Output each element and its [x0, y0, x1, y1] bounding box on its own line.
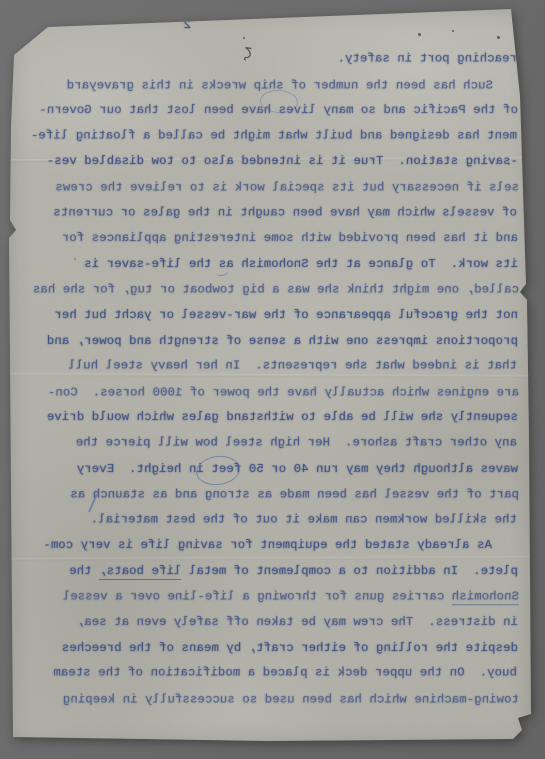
- typewritten-line: proportions impress one with a sense of …: [26, 329, 518, 355]
- ink-speck: [418, 33, 421, 36]
- typewritten-line: in distress. The crew may be taken off s…: [26, 610, 518, 636]
- ink-speck: [452, 30, 454, 32]
- typewritten-line: despite the rolling of either craft, by …: [26, 636, 518, 662]
- ink-speck: [508, 163, 510, 165]
- typewritten-line: part of the vessel has been made as stro…: [27, 482, 519, 508]
- typewritten-line: sels if necessary but its special work i…: [27, 175, 519, 201]
- typewritten-line: As already stated the equipment for savi…: [26, 533, 518, 559]
- typewritten-line: reaching port in safety.: [25, 47, 517, 73]
- typewritten-line: buoy. On the upper deck is placed a modi…: [25, 661, 517, 687]
- typewritten-line: -saving station. True it is intended als…: [26, 149, 518, 175]
- typewritten-line: its work. To glance at the Snohomish as …: [26, 252, 518, 278]
- typewritten-line: Snohomish carries guns for throwing a li…: [27, 585, 519, 611]
- scan-background: { "theme": { "background_color": "#6b6b6…: [0, 0, 545, 759]
- typewritten-line: that is indeed what she represents. In h…: [25, 354, 517, 380]
- line-text: the: [69, 564, 99, 578]
- typewritten-line: not the graceful appearance of the war-v…: [26, 303, 518, 329]
- underlined-phrase: life boats,: [99, 564, 181, 580]
- ink-speck: [243, 37, 245, 39]
- line-text: carries guns for throwing a life-line ov…: [63, 590, 452, 604]
- scanned-page-wrapper: 2 reaching port in safety. Such has been…: [0, 0, 545, 759]
- typewritten-line: waves although they may run 40 or 50 fee…: [26, 457, 518, 483]
- typewritten-line: plete. In addition to a complement of me…: [26, 559, 518, 585]
- typewritten-line: sequently she will be able to withstand …: [26, 405, 518, 431]
- typewritten-line: the skilled workmen can make it out of t…: [25, 507, 517, 533]
- ink-speck: [74, 258, 76, 260]
- typewritten-text-block: reaching port in safety. Such has been t…: [26, 47, 518, 712]
- typewritten-line: towing-machine which has been used so su…: [27, 687, 519, 713]
- typewritten-line: are engines which actually have the powe…: [27, 380, 519, 406]
- underlined-phrase: Snohomish: [452, 590, 519, 606]
- ink-speck: [497, 36, 500, 39]
- typewritten-line: and it has been provided with some inter…: [26, 226, 518, 252]
- page-number: 2: [183, 18, 191, 32]
- line-text: plete. In addition to a complement of me…: [181, 564, 518, 578]
- typewritten-line: any other craft ashore. Her high steel b…: [25, 431, 517, 457]
- typewritten-line: ment has designed and built what might b…: [25, 123, 517, 149]
- scanned-page: 2 reaching port in safety. Such has been…: [8, 6, 532, 747]
- mirrored-typescript-layer: 2 reaching port in safety. Such has been…: [8, 6, 532, 747]
- typewritten-line: of vessels which may have been caught in…: [25, 200, 517, 226]
- typewritten-line: called, one might think she was a big to…: [27, 278, 519, 304]
